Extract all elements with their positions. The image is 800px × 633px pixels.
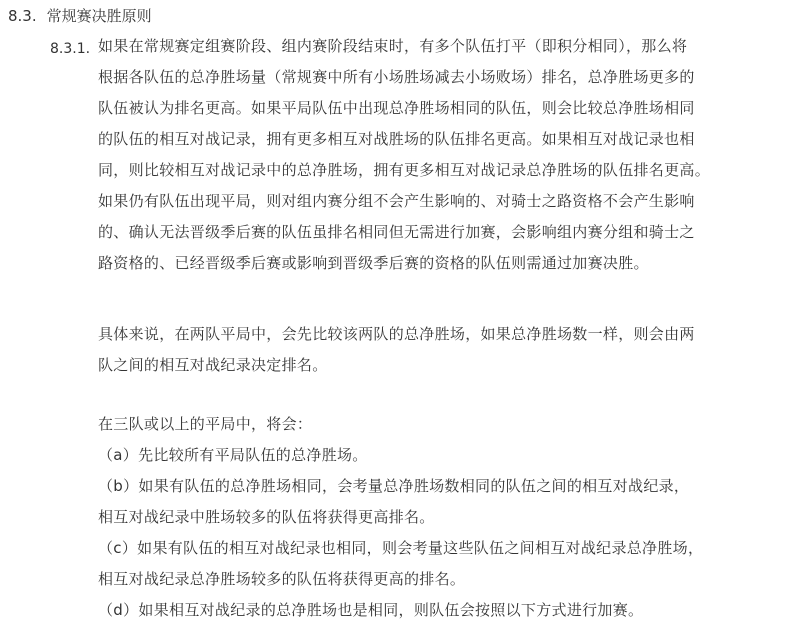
section-number: 8.3. — [8, 7, 37, 25]
rule-c: （c）如果有队伍的相互对战纪录也相同，则会考量这些队伍之间相互对战纪录总净胜场， — [98, 533, 798, 564]
paragraph-line: 如果在常规赛定组赛阶段、组内赛阶段结束时，有多个队伍打平（即积分相同），那么将 — [98, 31, 798, 62]
three-team-section: 在三队或以上的平局中，将会： （a）先比较所有平局队伍的总净胜场。 （b）如果有… — [98, 409, 798, 626]
section-title: 常规赛决胜原则 — [47, 7, 152, 25]
rule-text: 如果相互对战纪录的总净胜场也是相同，则队伍会按照以下方式进行加赛。 — [138, 601, 643, 619]
two-team-paragraph: 具体来说，在两队平局中，会先比较该两队的总净胜场，如果总净胜场数一样，则会由两 … — [98, 319, 798, 381]
tiebreak-paragraph: 如果在常规赛定组赛阶段、组内赛阶段结束时，有多个队伍打平（即积分相同），那么将 … — [98, 31, 798, 279]
rule-c-continuation: 相互对战纪录总净胜场较多的队伍将获得更高的排名。 — [98, 564, 798, 595]
paragraph-line: 具体来说，在两队平局中，会先比较该两队的总净胜场，如果总净胜场数一样，则会由两 — [98, 319, 798, 350]
rule-d: （d）如果相互对战纪录的总净胜场也是相同，则队伍会按照以下方式进行加赛。 — [98, 595, 798, 626]
rule-text: 如果有队伍的相互对战纪录也相同，则会考量这些队伍之间相互对战纪录总净胜场， — [137, 539, 703, 557]
paragraph-line: 队伍被认为排名更高。如果平局队伍中出现总净胜场相同的队伍，则会比较总净胜场相同 — [98, 93, 798, 124]
rule-a: （a）先比较所有平局队伍的总净胜场。 — [98, 440, 798, 471]
rule-text: 先比较所有平局队伍的总净胜场。 — [138, 446, 368, 464]
paragraph-line: 根据各队伍的总净胜场量（常规赛中所有小场胜场减去小场败场）排名，总净胜场更多的 — [98, 62, 798, 93]
paragraph-line: 同，则比较相互对战记录中的总净胜场，拥有更多相互对战记录总净胜场的队伍排名更高。 — [98, 155, 798, 186]
rule-b: （b）如果有队伍的总净胜场相同，会考量总净胜场数相同的队伍之间的相互对战纪录， — [98, 471, 798, 502]
rule-label: （d） — [98, 601, 138, 619]
paragraph-line: 的、确认无法晋级季后赛的队伍虽排名相同但无需进行加赛，会影响组内赛分组和骑士之 — [98, 217, 798, 248]
subsection-number: 8.3.1. — [50, 37, 90, 61]
rule-label: （a） — [98, 446, 138, 464]
rule-text: 如果有队伍的总净胜场相同，会考量总净胜场数相同的队伍之间的相互对战纪录， — [138, 477, 689, 495]
paragraph-line: 队之间的相互对战纪录决定排名。 — [98, 350, 798, 381]
three-team-intro: 在三队或以上的平局中，将会： — [98, 409, 798, 440]
paragraph-line: 的队伍的相互对战记录，拥有更多相互对战胜场的队伍排名更高。如果相互对战记录也相 — [98, 124, 798, 155]
section-heading: 8.3.常规赛决胜原则 — [8, 4, 152, 28]
paragraph-line: 如果仍有队伍出现平局，则对组内赛分组不会产生影响的、对骑士之路资格不会产生影响 — [98, 186, 798, 217]
paragraph-line: 路资格的、已经晋级季后赛或影响到晋级季后赛的资格的队伍则需通过加赛决胜。 — [98, 248, 798, 279]
rule-label: （b） — [98, 477, 138, 495]
rule-b-continuation: 相互对战纪录中胜场较多的队伍将获得更高排名。 — [98, 502, 798, 533]
rule-label: （c） — [98, 539, 137, 557]
